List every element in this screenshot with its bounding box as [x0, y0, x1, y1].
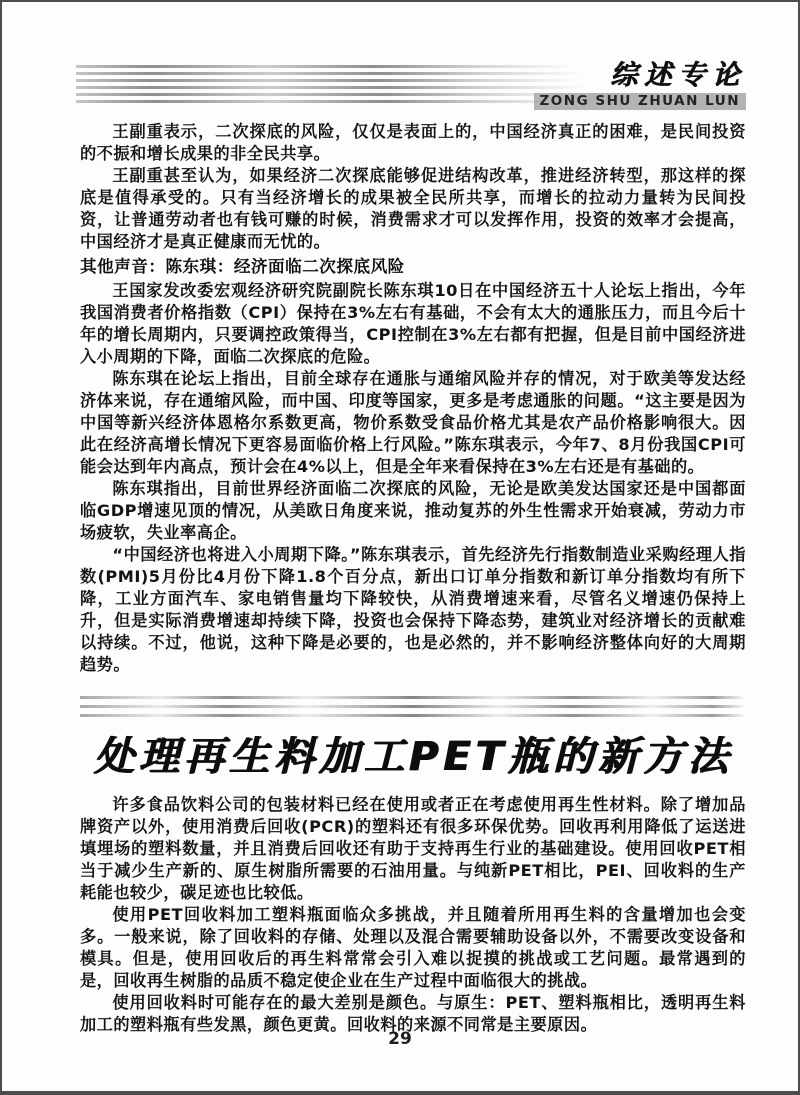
magazine-page: 综述专论 ZONG SHU ZHUAN LUN 王副重表示，二次探底的风险，仅仅…: [0, 0, 800, 1095]
article-economy: 王副重表示，二次探底的风险，仅仅是表面上的，中国经济真正的困难，是民间投资的不振…: [80, 121, 746, 676]
column-title: 综述专论: [534, 62, 747, 90]
section-divider: [80, 696, 746, 717]
paragraph: 许多食品饮料公司的包装材料已经在使用或者正在考虑使用再生性材料。除了增加品牌资产…: [80, 794, 746, 904]
paragraph: 王国家发改委宏观经济研究院副院长陈东琪10日在中国经济五十人论坛上指出，今年我国…: [80, 280, 746, 368]
paragraph: 王副重甚至认为，如果经济二次探底能够促进结构改革，推进经济转型，那这样的探底是值…: [80, 165, 746, 253]
paragraph: “中国经济也将进入小周期下降。”陈东琪表示，首先经济先行指数制造业采购经理人指数…: [80, 544, 746, 676]
column-header: 综述专论 ZONG SHU ZHUAN LUN: [534, 62, 747, 110]
subheading-other-voices: 其他声音：陈东琪：经济面临二次探底风险: [80, 256, 746, 278]
header-rule-line: [76, 79, 578, 82]
divider-rule-line: [80, 714, 746, 717]
article-title-pet: 处理再生料加工PET瓶的新方法: [80, 733, 746, 781]
column-title-pinyin-badge: ZONG SHU ZHUAN LUN: [534, 93, 747, 110]
divider-rule-line: [80, 696, 746, 699]
header-rule-line: [76, 93, 582, 96]
page-content: 综述专论 ZONG SHU ZHUAN LUN 王副重表示，二次探底的风险，仅仅…: [80, 2, 746, 1036]
page-number: 29: [2, 1029, 798, 1049]
header-rule-lines: [76, 65, 592, 107]
paragraph: 王副重表示，二次探底的风险，仅仅是表面上的，中国经济真正的困难，是民间投资的不振…: [80, 121, 746, 165]
paragraph: 使用PET回收料加工塑料瓶面临众多挑战，并且随着所用再生料的含量增加也会变多。一…: [80, 904, 746, 992]
header-rule-line: [76, 86, 588, 89]
divider-rule-line: [80, 705, 746, 708]
page-header: 综述专论 ZONG SHU ZHUAN LUN: [80, 62, 746, 110]
header-rule-line: [76, 65, 574, 68]
paragraph: 陈东琪指出，目前世界经济面临二次探底的风险，无论是欧美发达国家还是中国都面临GD…: [80, 478, 746, 544]
header-rule-line: [76, 72, 584, 75]
header-rule-line: [76, 100, 592, 103]
article-pet: 处理再生料加工PET瓶的新方法 许多食品饮料公司的包装材料已经在使用或者正在考虑…: [80, 733, 746, 1036]
paragraph: 陈东琪在论坛上指出，目前全球存在通胀与通缩风险并存的情况，对于欧美等发达经济体来…: [80, 368, 746, 478]
